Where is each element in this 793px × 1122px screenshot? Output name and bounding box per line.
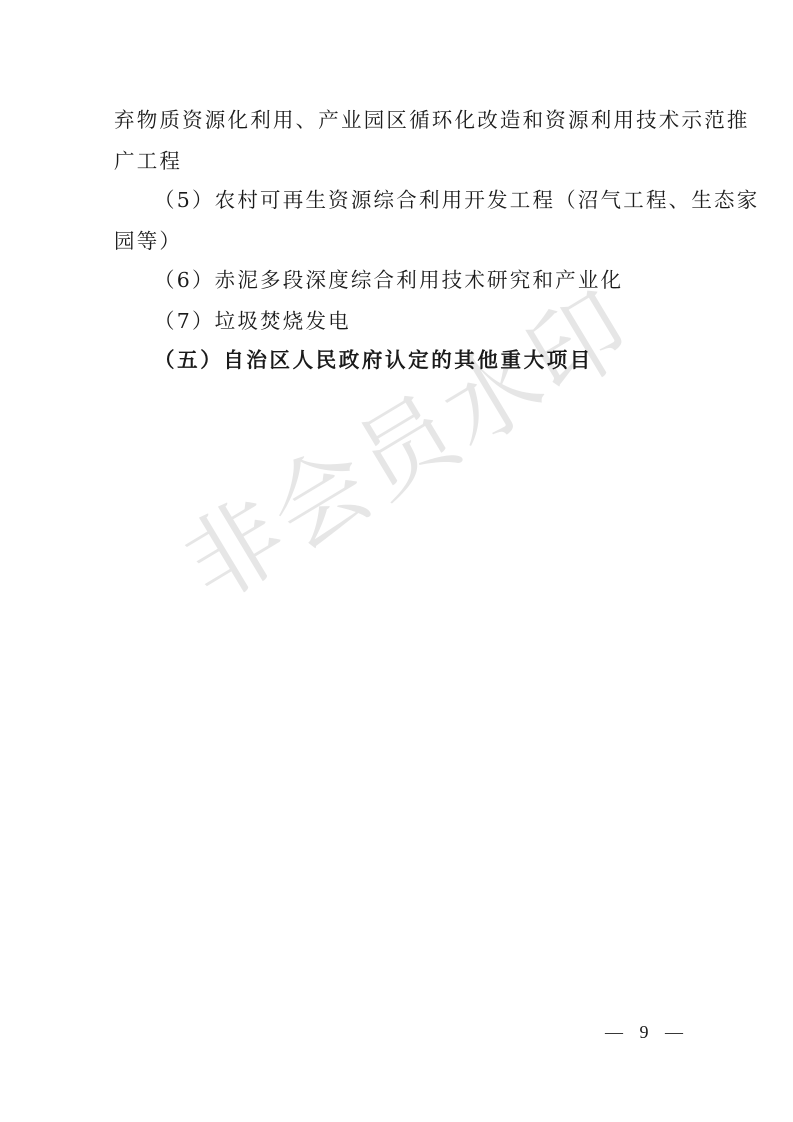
document-page: 非会员水印 弃物质资源化利用、产业园区循环化改造和资源利用技术示范推 广工程 （… (0, 0, 793, 1122)
paragraph-line: 弃物质资源化利用、产业园区循环化改造和资源利用技术示范推 (114, 108, 750, 132)
page-number: — 9 — (605, 1022, 689, 1043)
list-item-5: （5）农村可再生资源综合利用开发工程（沼气工程、生态家 (154, 188, 759, 212)
list-item-6: （6）赤泥多段深度综合利用技术研究和产业化 (154, 268, 623, 292)
section-heading-5: （五）自治区人民政府认定的其他重大项目 (154, 348, 593, 372)
paragraph-line: 广工程 (114, 149, 182, 173)
list-item-5-continued: 园等） (114, 229, 182, 253)
list-item-7: （7）垃圾焚烧发电 (154, 309, 351, 333)
